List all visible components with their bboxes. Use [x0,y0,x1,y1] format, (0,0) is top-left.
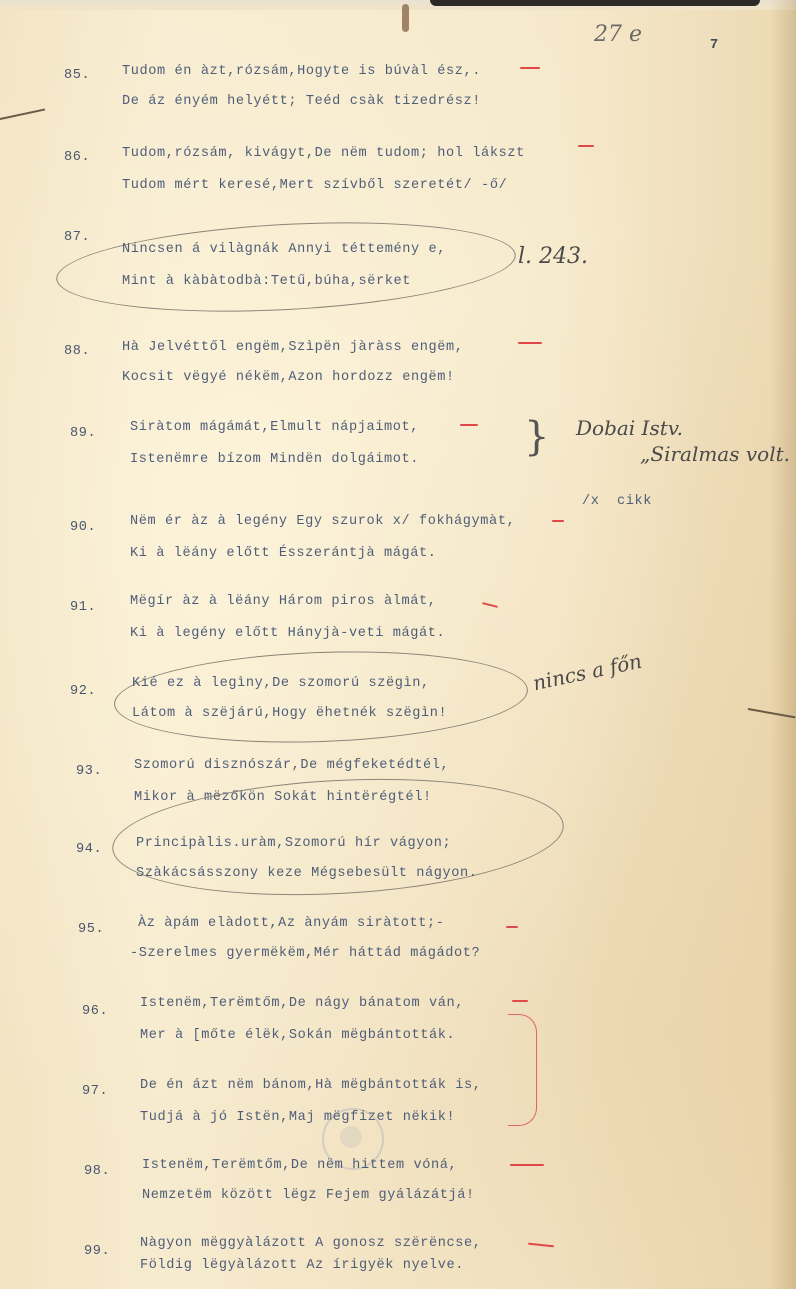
stanza-line: Nëm ér àz à legény Egy szurok x/ fokhágy… [130,514,515,529]
page-edge-shadow [770,0,796,1289]
stanza-line: Tudom én àzt,rózsám,Hogyte is búvàl ész,… [122,64,481,79]
stanza-line: -Szerelmes gyermëkëm,Mér háttád mágádot? [130,946,480,961]
red-check-mark [520,67,540,69]
red-check-mark [510,1164,544,1166]
stanza-line: Szomorú disznószár,De mégfeketédtél, [134,758,449,773]
margin-note: Dobai Istv. [576,416,683,440]
stanza-number: 86. [64,150,90,165]
stanza-number: 98. [84,1164,110,1179]
red-check-mark [512,1000,528,1002]
red-check-mark [518,342,542,344]
stanza-line: Nemzetëm között lëgz Fejem gyálázátjá! [142,1188,475,1203]
stanza-number: 96. [82,1004,108,1019]
stanza-line: Mëgír àz à lëány Három piros àlmát, [130,594,437,609]
red-check-mark [578,145,594,147]
pencil-brace: } [524,414,549,460]
stanza-number: 97. [82,1084,108,1099]
stanza-line: Tudom mért keresé,Mert szívből szeretét/… [122,178,507,193]
footnote: /x cikk [582,494,652,509]
stanza-line: Mint à kàbàtodbà:Tetű,búha,sërket [122,274,411,289]
red-check-mark [460,424,478,426]
stanza-number: 90. [70,520,96,535]
stanza-line: Istenëm,Terëmtőm,De nágy bánatom ván, [140,996,464,1011]
red-check-mark [506,926,518,928]
stanza-number: 89. [70,426,96,441]
document-page: 27 e 7 85. Tudom én àzt,rózsám,Hogyte is… [0,0,796,1289]
margin-note: „Siralmas volt. [640,442,790,466]
red-check-mark [552,520,564,522]
stanza-line: Mer à [mőte élëk,Sokán mëgbántották. [140,1028,455,1043]
stanza-line: Ki à legény előtt Hányjà-veti mágát. [130,626,445,641]
stanza-line: Látom à szëjárú,Hogy ëhetnék szëgìn! [132,706,447,721]
pencil-circle [113,645,530,749]
stanza-number: 87. [64,230,90,245]
stanza-line: Àz àpám elàdott,Az ànyám siràtott;- [138,916,445,931]
stanza-number: 91. [70,600,96,615]
stanza-number: 85. [64,68,90,83]
page-number: 7 [710,38,719,53]
stanza-line: Siràtom mágámát,Elmult nápjaimot, [130,420,419,435]
stanza-line: Ki à lëány előtt Ésszerántjà mágát. [130,546,437,561]
stanza-number: 99. [84,1244,110,1259]
red-check-mark [482,602,498,608]
stanza-line: Nàgyon mëggyàlázott A gonosz szërëncse, [140,1236,482,1251]
stanza-line: De én ázt nëm bánom,Hà mëgbántották is, [140,1078,482,1093]
ink-stain [402,4,409,32]
stanza-line: Kié ez à legìny,De szomorú szëgìn, [132,676,430,691]
stanza-line: Istenëmre bízom Mindën dolgáimot. [130,452,419,467]
stanza-line: Szàkácsásszony keze Mégsebesült nágyon. [136,866,478,881]
reference-note: l. 243. [518,244,588,269]
stanza-line: Tudom,rózsám, kivágyt,De nëm tudom; hol … [122,146,525,161]
stanza-number: 88. [64,344,90,359]
stanza-line: De áz ényém helyétt; Teéd csàk tizedrész… [122,94,481,109]
binding-shadow [430,0,760,6]
stanza-number: 94. [76,842,102,857]
tear-mark-left [0,108,45,120]
stanza-line: Principàlis.uràm,Szomorú hír vágyon; [136,836,451,851]
stanza-number: 95. [78,922,104,937]
stanza-number: 92. [70,684,96,699]
stanza-line: Istenëm,Terëmtőm,De nëm hittem vóná, [142,1158,457,1173]
pencil-circle [54,212,518,322]
stanza-line: Földig lëgyàlázott Az írigyëk nyelve. [140,1258,464,1273]
stanza-number: 93. [76,764,102,779]
stanza-line: Tudjá à jó Istën,Maj mëgfizet nëkik! [140,1110,455,1125]
stanza-line: Kocsit vëgyé nékëm,Azon hordozz engëm! [122,370,455,385]
margin-note: nincs a főn [531,649,644,695]
stanza-line: Hà Jelvéttől engëm,Szìpën jàràss engëm, [122,340,464,355]
red-check-mark [528,1243,554,1248]
red-brace [508,1014,537,1126]
stanza-line: Nincsen á vilàgnák Annyi téttemény e, [122,242,446,257]
folio-handwritten: 27 e [594,22,642,47]
